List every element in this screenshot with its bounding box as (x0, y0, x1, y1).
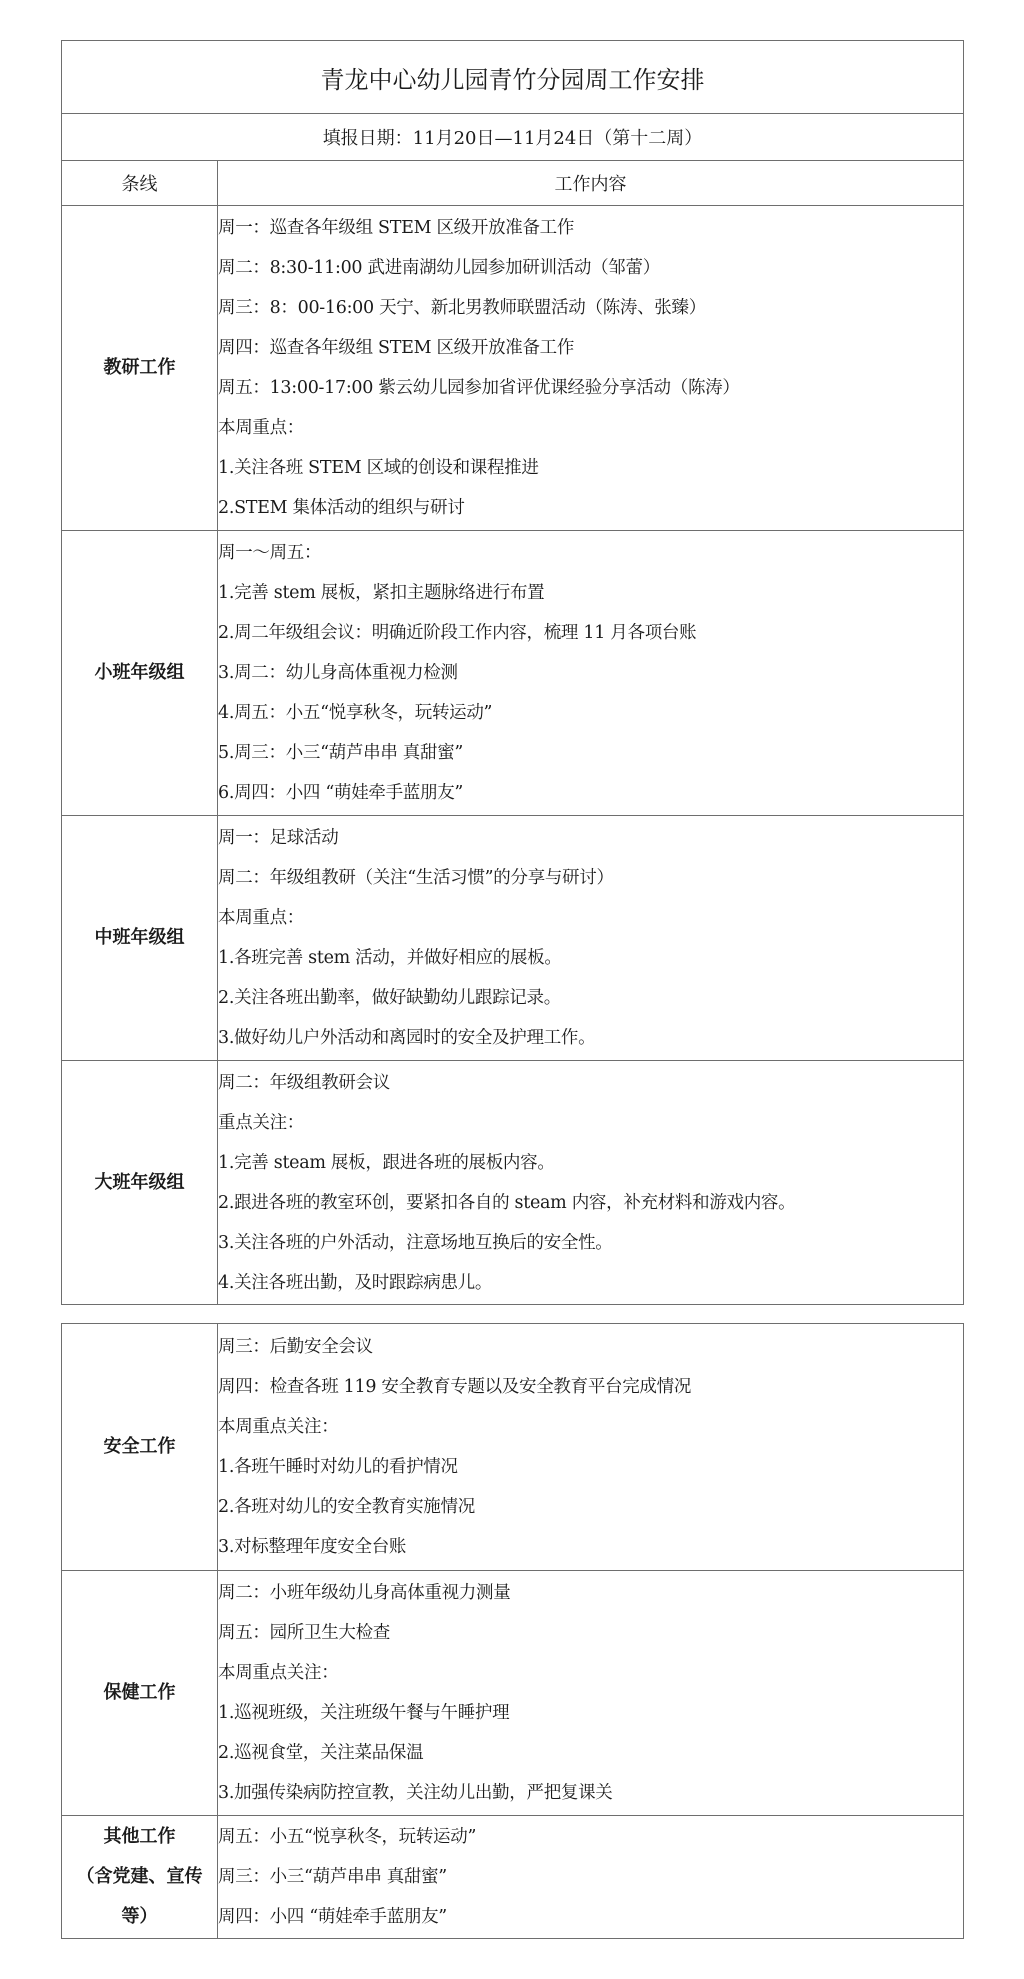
section-row-senior-class: 大班年级组 周二：年级组教研会议 重点关注： 1.完善 steam 展板，跟进各… (62, 1061, 964, 1305)
header-row: 条线 工作内容 (62, 161, 964, 206)
section-content: 周二：年级组教研会议 重点关注： 1.完善 steam 展板，跟进各班的展板内容… (218, 1061, 964, 1305)
content-line: 1.关注各班 STEM 区域的创设和课程推进 (218, 448, 963, 488)
section-content: 周一～周五： 1.完善 stem 展板，紧扣主题脉络进行布置 2.周二年级组会议… (218, 531, 964, 816)
section-label: 其他工作 （含党建、宣传 等） (62, 1816, 218, 1939)
content-line: 6.周四：小四 “萌娃牵手蓝朋友” (218, 773, 963, 813)
section-content: 周一：巡查各年级组 STEM 区级开放准备工作 周二：8:30-11:00 武进… (218, 206, 964, 531)
content-line: 周一：巡查各年级组 STEM 区级开放准备工作 (218, 208, 963, 248)
content-line: 本周重点关注： (218, 1407, 963, 1447)
content-line: 本周重点： (218, 408, 963, 448)
content-line: 3.对标整理年度安全台账 (218, 1527, 963, 1567)
content-line: 周二：小班年级幼儿身高体重视力测量 (218, 1573, 963, 1613)
section-row-health: 保健工作 周二：小班年级幼儿身高体重视力测量 周五：园所卫生大检查 本周重点关注… (62, 1571, 964, 1816)
content-line: 周三：后勤安全会议 (218, 1327, 963, 1367)
content-line: 本周重点关注： (218, 1653, 963, 1693)
content-line: 5.周三：小三“葫芦串串 真甜蜜” (218, 733, 963, 773)
column-header-category: 条线 (62, 161, 218, 206)
section-row-junior-class: 小班年级组 周一～周五： 1.完善 stem 展板，紧扣主题脉络进行布置 2.周… (62, 531, 964, 816)
section-label-line: （含党建、宣传 (62, 1857, 217, 1897)
section-content: 周一：足球活动 周二：年级组教研（关注“生活习惯”的分享与研讨） 本周重点： 1… (218, 816, 964, 1061)
section-row-teaching-research: 教研工作 周一：巡查各年级组 STEM 区级开放准备工作 周二：8:30-11:… (62, 206, 964, 531)
content-line: 1.各班完善 stem 活动，并做好相应的展板。 (218, 938, 963, 978)
content-line: 周五：小五“悦享秋冬，玩转运动” (218, 1817, 963, 1857)
content-line: 周一～周五： (218, 533, 963, 573)
content-line: 重点关注： (218, 1103, 963, 1143)
content-line: 4.周五：小五“悦享秋冬，玩转运动” (218, 693, 963, 733)
column-header-content: 工作内容 (218, 161, 964, 206)
weekly-schedule-table: 青龙中心幼儿园青竹分园周工作安排 填报日期：11月20日—11月24日（第十二周… (61, 40, 964, 1305)
document-title: 青龙中心幼儿园青竹分园周工作安排 (62, 41, 964, 114)
section-label: 小班年级组 (62, 531, 218, 816)
content-line: 2.跟进各班的教室环创，要紧扣各自的 steam 内容，补充材料和游戏内容。 (218, 1183, 963, 1223)
content-line: 周四：检查各班 119 安全教育专题以及安全教育平台完成情况 (218, 1367, 963, 1407)
content-line: 周四：小四 “萌娃牵手蓝朋友” (218, 1897, 963, 1937)
content-line: 3.做好幼儿户外活动和离园时的安全及护理工作。 (218, 1018, 963, 1058)
content-line: 4.关注各班出勤，及时跟踪病患儿。 (218, 1263, 963, 1303)
section-row-other: 其他工作 （含党建、宣传 等） 周五：小五“悦享秋冬，玩转运动” 周三：小三“葫… (62, 1816, 964, 1939)
content-line: 周二：8:30-11:00 武进南湖幼儿园参加研训活动（邹蕾） (218, 248, 963, 288)
section-label: 大班年级组 (62, 1061, 218, 1305)
title-row: 青龙中心幼儿园青竹分园周工作安排 (62, 41, 964, 114)
section-label: 保健工作 (62, 1571, 218, 1816)
content-line: 本周重点： (218, 898, 963, 938)
section-label: 安全工作 (62, 1324, 218, 1571)
content-line: 周二：年级组教研（关注“生活习惯”的分享与研讨） (218, 858, 963, 898)
section-row-middle-class: 中班年级组 周一：足球活动 周二：年级组教研（关注“生活习惯”的分享与研讨） 本… (62, 816, 964, 1061)
section-content: 周五：小五“悦享秋冬，玩转运动” 周三：小三“葫芦串串 真甜蜜” 周四：小四 “… (218, 1816, 964, 1939)
content-line: 周五：园所卫生大检查 (218, 1613, 963, 1653)
report-date: 填报日期：11月20日—11月24日（第十二周） (62, 114, 964, 161)
content-line: 周一：足球活动 (218, 818, 963, 858)
section-content: 周二：小班年级幼儿身高体重视力测量 周五：园所卫生大检查 本周重点关注： 1.巡… (218, 1571, 964, 1816)
content-line: 3.周二：幼儿身高体重视力检测 (218, 653, 963, 693)
content-line: 2.各班对幼儿的安全教育实施情况 (218, 1487, 963, 1527)
content-line: 周四：巡查各年级组 STEM 区级开放准备工作 (218, 328, 963, 368)
content-line: 周三：小三“葫芦串串 真甜蜜” (218, 1857, 963, 1897)
content-line: 周三：8：00-16:00 天宁、新北男教师联盟活动（陈涛、张臻） (218, 288, 963, 328)
content-line: 1.各班午睡时对幼儿的看护情况 (218, 1447, 963, 1487)
content-line: 周五：13:00-17:00 紫云幼儿园参加省评优课经验分享活动（陈涛） (218, 368, 963, 408)
date-row: 填报日期：11月20日—11月24日（第十二周） (62, 114, 964, 161)
section-content: 周三：后勤安全会议 周四：检查各班 119 安全教育专题以及安全教育平台完成情况… (218, 1324, 964, 1571)
content-line: 1.巡视班级，关注班级午餐与午睡护理 (218, 1693, 963, 1733)
content-line: 3.关注各班的户外活动，注意场地互换后的安全性。 (218, 1223, 963, 1263)
content-line: 2.关注各班出勤率，做好缺勤幼儿跟踪记录。 (218, 978, 963, 1018)
content-line: 1.完善 steam 展板，跟进各班的展板内容。 (218, 1143, 963, 1183)
section-label-line: 其他工作 (62, 1817, 217, 1857)
weekly-schedule-table-continued: 安全工作 周三：后勤安全会议 周四：检查各班 119 安全教育专题以及安全教育平… (61, 1323, 964, 1939)
section-label: 教研工作 (62, 206, 218, 531)
content-line: 2.巡视食堂，关注菜品保温 (218, 1733, 963, 1773)
content-line: 3.加强传染病防控宣教，关注幼儿出勤，严把复课关 (218, 1773, 963, 1813)
section-label: 中班年级组 (62, 816, 218, 1061)
section-label-line: 等） (62, 1897, 217, 1937)
content-line: 周二：年级组教研会议 (218, 1063, 963, 1103)
content-line: 2.周二年级组会议：明确近阶段工作内容，梳理 11 月各项台账 (218, 613, 963, 653)
section-row-safety: 安全工作 周三：后勤安全会议 周四：检查各班 119 安全教育专题以及安全教育平… (62, 1324, 964, 1571)
content-line: 2.STEM 集体活动的组织与研讨 (218, 488, 963, 528)
content-line: 1.完善 stem 展板，紧扣主题脉络进行布置 (218, 573, 963, 613)
